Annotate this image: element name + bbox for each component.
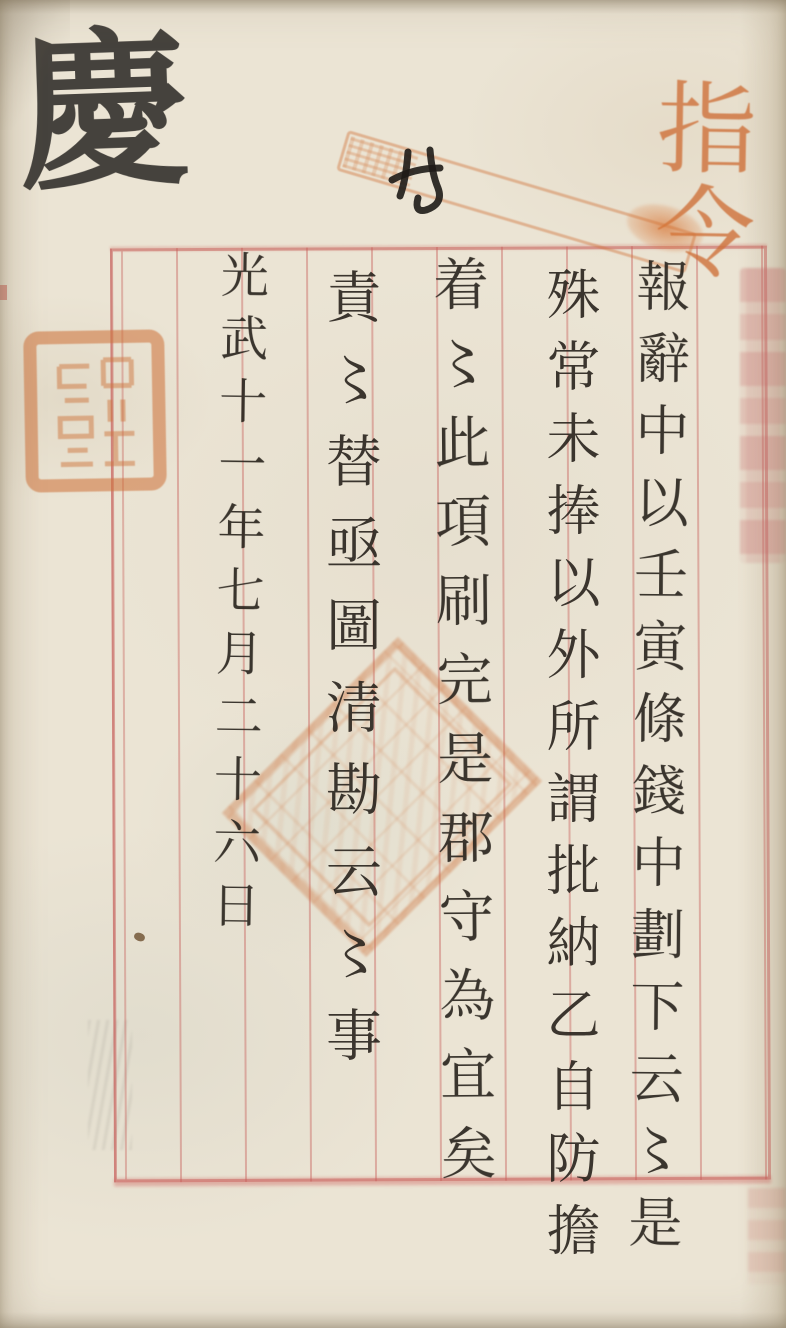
seal-script-pattern <box>59 359 135 464</box>
document-page: 慶 指令 報辭中以壬寅條錢中劃下云〻是 殊常未捧以外所謂批納乙自防擔 着〻此項刷… <box>0 0 786 1328</box>
edge-seal-fragment-bottom <box>748 1188 786 1284</box>
seal-border <box>30 336 161 486</box>
official-seal-square <box>23 329 168 493</box>
text-column-2: 殊常未捧以外所謂批納乙自防擔 <box>542 266 596 1274</box>
paper-edge-bottom <box>0 1312 786 1328</box>
text-column-1: 報辭中以壬寅條錢中劃下云〻是 <box>624 258 687 1266</box>
text-column-4: 責〻替亟圖清勘云〻事 <box>321 268 377 1088</box>
text-column-3: 着〻此項刷完是郡守為宜矣 <box>428 255 492 1203</box>
signature-cipher-mark <box>380 144 454 228</box>
red-edge-mark <box>0 285 7 300</box>
date-column: 光武十一年七月二十六日 <box>206 250 264 944</box>
edge-seal-fragment-top <box>740 268 786 563</box>
paper-crease <box>0 0 70 130</box>
paper-edge-top <box>0 0 786 14</box>
